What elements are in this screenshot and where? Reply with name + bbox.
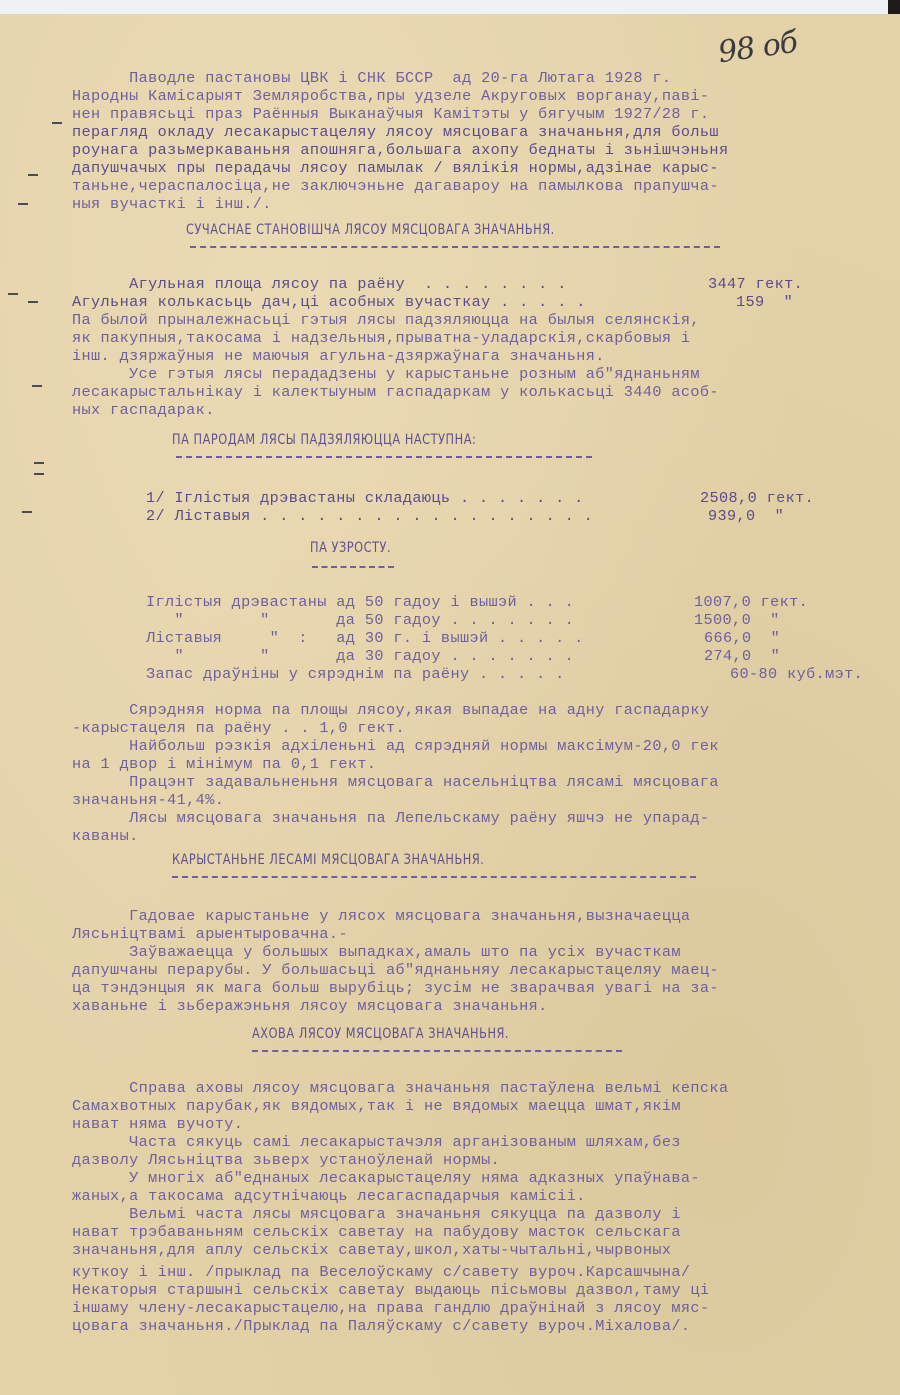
text-line: значаньня-41,4%.	[72, 792, 224, 808]
section-heading: СУЧАСНАЕ СТАНОВІШЧА ЛЯСОУ МЯСЦОВАГА ЗНАЧ…	[186, 222, 555, 238]
species-row-value: 2508,0 гект.	[700, 490, 814, 506]
document-page: 98 об Паводле пастановы ЦВК і СНК БССР а…	[0, 14, 900, 1395]
text-line: Гадовае карыстаньне у лясох мясцовага зн…	[72, 908, 690, 924]
text-line: Лясьніцтвамі арыентыровачна.-	[72, 926, 348, 942]
section-heading: АХОВА ЛЯСОУ МЯСЦОВАГА ЗНАЧАНЬНЯ.	[252, 1026, 509, 1042]
count-label: Агульная колькасьць дач,ці асобных вучас…	[72, 294, 586, 310]
text-line: Лясы мясцовага значаньня па Лепельскаму …	[72, 810, 709, 826]
text-line: -карыстацеля па раёну . . 1,0 гект.	[72, 720, 405, 736]
text-line: нен правясьці праз Раённыя Выканаўчыя Ка…	[72, 106, 709, 122]
age-row-label: " " да 50 гадоу . . . . . . .	[146, 612, 574, 628]
text-line: Самахвотных парубак,як вядомых,так і не …	[72, 1098, 681, 1114]
text-line: ныя вучасткі і інш./.	[72, 196, 272, 212]
text-line: перагляд окладу лесакарыстацеляу лясоу м…	[72, 124, 719, 140]
text-line: лесакарыстальнікау і калектыуным гаспада…	[72, 384, 719, 400]
text-line: дапушчачых пры перадачы лясоу памылак / …	[72, 160, 719, 176]
text-line: нават няма вучоту.	[72, 1116, 243, 1132]
section-heading: ПА УЗРОСТУ.	[310, 540, 391, 556]
margin-mark	[28, 174, 38, 176]
section-heading: ПА ПАРОДАМ ЛЯСЫ ПАДЗЯЛЯЮЦЦА НАСТУПНА:	[172, 432, 476, 448]
margin-mark	[28, 301, 38, 303]
margin-mark	[34, 473, 44, 475]
age-row-value: 1500,0 "	[694, 612, 780, 628]
margin-mark	[8, 293, 18, 295]
text-line: хаваньне і зьберажэньня лясоу мясцовага …	[72, 998, 548, 1014]
text-line: таньне,чераспалосіца,не заключэньне дага…	[72, 178, 719, 194]
species-row-label: 1/ Іглістыя дрэвастаны складаюць . . . .…	[146, 490, 584, 506]
heading-underline	[190, 246, 720, 248]
text-line: роунага разьмеркаваньня апошняга,большаг…	[72, 142, 728, 158]
species-row-label: 2/ Ліставыя . . . . . . . . . . . . . . …	[146, 508, 593, 524]
age-row-label: Запас драўніны у сярэднім па раёну . . .…	[146, 666, 565, 682]
total-area-value: 3447 гект.	[708, 276, 803, 292]
text-line: Часта сякуць самі лесакарыстачэля аргані…	[72, 1134, 681, 1150]
text-line: цовага значаньня./Прыклад па Паляўскаму …	[72, 1318, 690, 1334]
text-line: каваны.	[72, 828, 139, 844]
margin-mark	[32, 385, 42, 387]
text-line: Сярэдняя норма па площы лясоу,якая выпад…	[72, 702, 709, 718]
text-line: Вельмі часта лясы мясцовага значаньня ся…	[72, 1206, 681, 1222]
text-line: У многіх аб"еднаных лесакарыстацеляу ням…	[72, 1170, 700, 1186]
text-line: Працэнт задавальненьня мясцовага насельн…	[72, 774, 719, 790]
age-row-label: " " да 30 гадоу . . . . . . .	[146, 648, 574, 664]
margin-mark	[18, 203, 28, 205]
margin-mark	[22, 511, 32, 513]
age-row-value: 274,0 "	[704, 648, 780, 664]
heading-underline	[312, 566, 394, 568]
heading-underline	[176, 456, 592, 458]
text-line: нават трэбаваньням сельскіх саветау на п…	[72, 1224, 681, 1240]
section-heading: КАРЫСТАНЬНЕ ЛЕСАМІ МЯСЦОВАГА ЗНАЧАНЬНЯ.	[172, 852, 484, 868]
text-line: дапушчаны перарубы. У большасьці аб"ядна…	[72, 962, 719, 978]
age-row-value: 60-80 куб.мэт.	[730, 666, 863, 682]
text-line: ных гаспадарак.	[72, 402, 215, 418]
age-row-label: Іглістыя дрэвастаны ад 50 гадоу і вышэй …	[146, 594, 574, 610]
text-line: жаных,а такосама адсутнічаюць лесагаспад…	[72, 1188, 586, 1204]
margin-mark	[34, 462, 44, 464]
age-row-label: Ліставыя " : ад 30 г. і вышэй . . . . .	[146, 630, 584, 646]
margin-mark	[52, 122, 62, 124]
text-line: Народны Камісарыят Земляробства,пры удзе…	[72, 88, 709, 104]
text-line: куткоу і інш. /прыклад па Веселоўскаму с…	[72, 1264, 690, 1280]
species-row-value: 939,0 "	[708, 508, 784, 524]
heading-underline	[252, 1050, 622, 1052]
heading-underline	[172, 876, 696, 878]
text-line: Усе гэтыя лясы перададзены у карыстаньне…	[72, 366, 700, 382]
age-row-value: 1007,0 гект.	[694, 594, 808, 610]
text-line: ца тэндэнцыя як мага больш вырубіць; зус…	[72, 980, 719, 996]
text-line: як пакупныя,такосама і надзельныя,прыват…	[72, 330, 690, 346]
text-line: Найбольш рэзкія адхіленьні ад сярэдняй н…	[72, 738, 719, 754]
text-line: інш. дзяржаўныя не маючыя агульна-дзяржа…	[72, 348, 605, 364]
count-value: 159 "	[736, 294, 793, 310]
text-line: Па былой прыналежнасьці гэтыя лясы падзя…	[72, 312, 700, 328]
text-line: Справа аховы лясоу мясцовага значаньня п…	[72, 1080, 728, 1096]
text-line: на 1 двор і мінімум па 0,1 гект.	[72, 756, 376, 772]
text-line: дазволу Лясьніцтва зьверх устаноўленай н…	[72, 1152, 500, 1168]
text-line: Паводле пастановы ЦВК і СНК БССР ад 20-г…	[72, 70, 671, 86]
text-line: значаньня,для аплу сельскіх саветау,школ…	[72, 1242, 671, 1258]
age-row-value: 666,0 "	[704, 630, 780, 646]
total-area-label: Агульная площа лясоу па раёну . . . . . …	[72, 276, 567, 292]
text-line: іншаму члену-лесакарыстацелю,на права га…	[72, 1300, 709, 1316]
text-line: Заўважаецца у большых выпадках,амаль што…	[72, 944, 681, 960]
text-line: Некаторыя старшыні сельскіх саветау выда…	[72, 1282, 709, 1298]
page-number: 98 об	[716, 25, 799, 71]
